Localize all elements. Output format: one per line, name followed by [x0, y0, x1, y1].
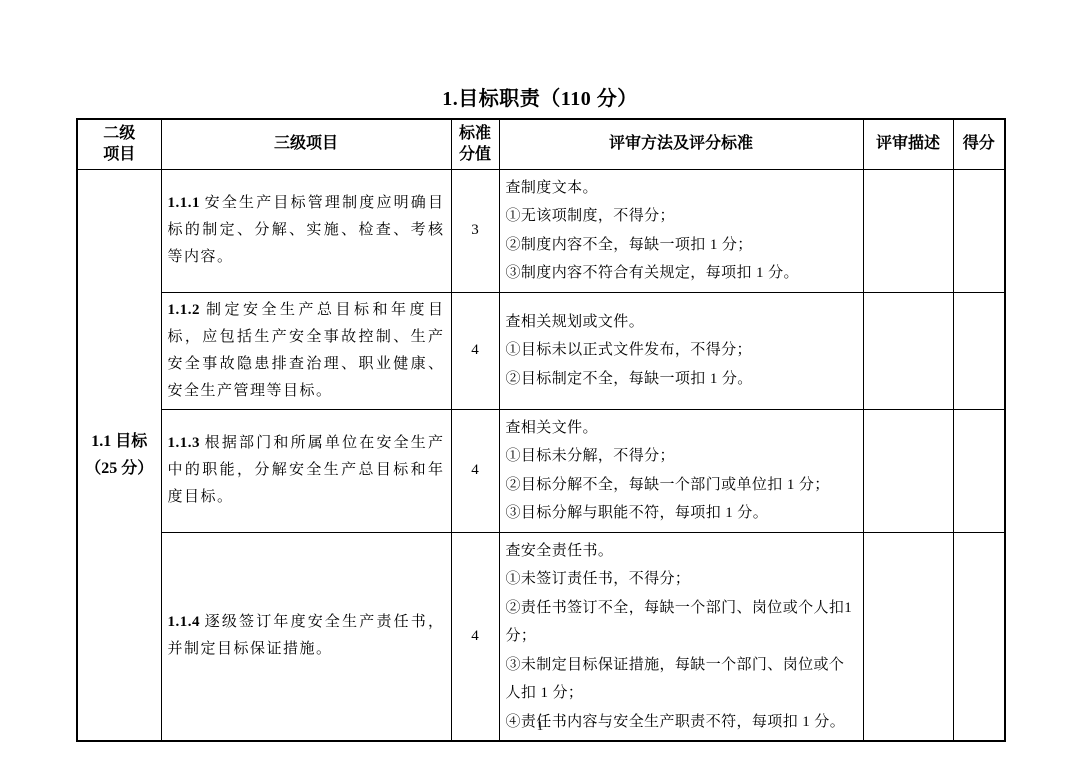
- item-text: 逐级签订年度安全生产责任书，并制定目标保证措施。: [168, 614, 445, 657]
- item-cell: 1.1.3根据部门和所属单位在安全生产中的职能，分解安全生产总目标和年度目标。: [161, 409, 451, 532]
- item-number: 1.1.1: [168, 195, 201, 211]
- score-cell: 4: [451, 292, 499, 409]
- document-page: 1.目标职责（110 分） 二级 项目 三级项目 标准 分值 评审方法及评分标准…: [0, 0, 1080, 764]
- points-cell: [953, 409, 1005, 532]
- score-cell: 4: [451, 532, 499, 741]
- review-cell: [863, 169, 953, 292]
- points-cell: [953, 292, 1005, 409]
- section-title: 1.目标职责（110 分）: [0, 82, 1080, 111]
- evaluation-table: 二级 项目 三级项目 标准 分值 评审方法及评分标准 评审描述 得分 1.1 目…: [76, 118, 1006, 742]
- item-number: 1.1.2: [168, 302, 201, 318]
- criteria-cell: 查安全责任书。 ①未签订责任书，不得分； ②责任书签订不全，每缺一个部门、岗位或…: [499, 532, 863, 741]
- criteria-cell: 查制度文本。 ①无该项制度，不得分； ②制度内容不全，每缺一项扣 1 分； ③制…: [499, 169, 863, 292]
- col-header-criteria: 评审方法及评分标准: [499, 119, 863, 169]
- col-header-points: 得分: [953, 119, 1005, 169]
- table-row: 1.1.3根据部门和所属单位在安全生产中的职能，分解安全生产总目标和年度目标。 …: [77, 409, 1005, 532]
- group-cell: 1.1 目标 （25 分）: [77, 169, 161, 741]
- item-cell: 1.1.4逐级签订年度安全生产责任书，并制定目标保证措施。: [161, 532, 451, 741]
- criteria-cell: 查相关规划或文件。 ①目标未以正式文件发布，不得分； ②目标制定不全，每缺一项扣…: [499, 292, 863, 409]
- review-cell: [863, 292, 953, 409]
- item-text: 根据部门和所属单位在安全生产中的职能，分解安全生产总目标和年度目标。: [168, 435, 445, 505]
- table-row: 1.1.2制定安全生产总目标和年度目标，应包括生产安全事故控制、生产安全事故隐患…: [77, 292, 1005, 409]
- col-header-level2: 二级 项目: [77, 119, 161, 169]
- table-header-row: 二级 项目 三级项目 标准 分值 评审方法及评分标准 评审描述 得分: [77, 119, 1005, 169]
- review-cell: [863, 532, 953, 741]
- item-text: 制定安全生产总目标和年度目标，应包括生产安全事故控制、生产安全事故隐患排查治理、…: [168, 302, 445, 399]
- points-cell: [953, 532, 1005, 741]
- score-cell: 3: [451, 169, 499, 292]
- col-header-std-score: 标准 分值: [451, 119, 499, 169]
- criteria-cell: 查相关文件。 ①目标未分解，不得分； ②目标分解不全，每缺一个部门或单位扣 1 …: [499, 409, 863, 532]
- item-number: 1.1.4: [168, 614, 201, 630]
- review-cell: [863, 409, 953, 532]
- item-text: 安全生产目标管理制度应明确目标的制定、分解、实施、检查、考核等内容。: [168, 195, 445, 265]
- page-number: 1: [0, 718, 1080, 734]
- table-row: 1.1.4逐级签订年度安全生产责任书，并制定目标保证措施。 4 查安全责任书。 …: [77, 532, 1005, 741]
- item-number: 1.1.3: [168, 435, 201, 451]
- col-header-review: 评审描述: [863, 119, 953, 169]
- col-header-level3: 三级项目: [161, 119, 451, 169]
- table-row: 1.1 目标 （25 分） 1.1.1安全生产目标管理制度应明确目标的制定、分解…: [77, 169, 1005, 292]
- item-cell: 1.1.2制定安全生产总目标和年度目标，应包括生产安全事故控制、生产安全事故隐患…: [161, 292, 451, 409]
- points-cell: [953, 169, 1005, 292]
- item-cell: 1.1.1安全生产目标管理制度应明确目标的制定、分解、实施、检查、考核等内容。: [161, 169, 451, 292]
- score-cell: 4: [451, 409, 499, 532]
